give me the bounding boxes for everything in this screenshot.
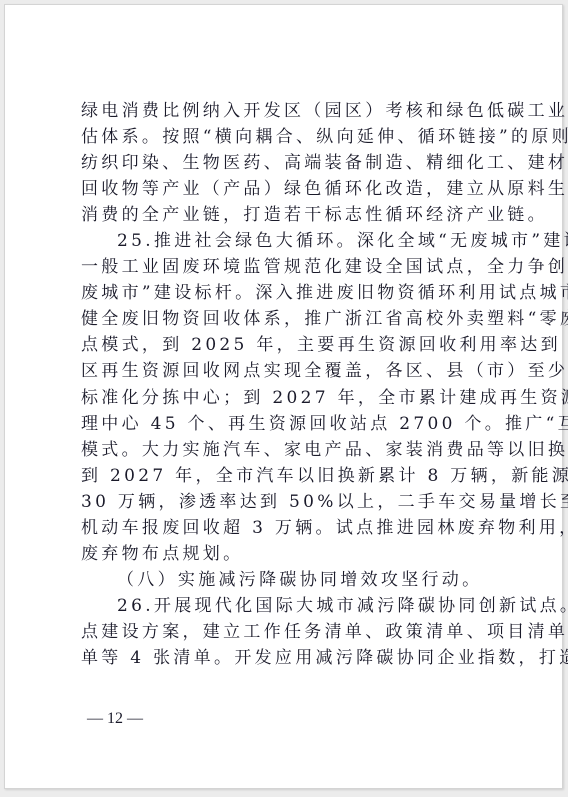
body-text: 绿电消费比例纳入开发区（园区）考核和绿色低碳工业园区的评 估体系。按照“横向耦合…: [81, 98, 499, 671]
section-heading: （八）实施减污降碳协同增效攻坚行动。: [81, 567, 499, 593]
text-line: 区再生资源回收网点实现全覆盖，各区、县（市）至少建成 1 座: [81, 358, 499, 384]
text-line: 估体系。按照“横向耦合、纵向延伸、循环链接”的原则，加快: [81, 124, 499, 150]
text-line: 点建设方案，建立工作任务清单、政策清单、项目清单、技术清: [81, 619, 499, 645]
text-line: 标准化分拣中心；到 2027 年，全市累计建成再生资源集中分拣处: [81, 385, 499, 411]
text-line: 一般工业固废环境监管规范化建设全国试点，全力争创全国“无: [81, 254, 499, 280]
text-line: 绿电消费比例纳入开发区（园区）考核和绿色低碳工业园区的评: [81, 98, 499, 124]
text-line: 模式。大力实施汽车、家电产品、家装消费品等以旧换新行动，: [81, 437, 499, 463]
text-line: 消费的全产业链，打造若干标志性循环经济产业链。: [81, 202, 499, 228]
text-line: 废城市”建设标杆。深入推进废旧物资循环利用试点城市建设，: [81, 280, 499, 306]
page-number: — 12 —: [87, 710, 143, 728]
document-page: 绿电消费比例纳入开发区（园区）考核和绿色低碳工业园区的评 估体系。按照“横向耦合…: [4, 4, 563, 789]
paragraph-26-start: 26.开展现代化国际大城市减污降碳协同创新试点。实施试: [81, 593, 499, 619]
text-line: 回收物等产业（产品）绿色循环化改造，建立从原料生产到终端: [81, 176, 499, 202]
text-line: 点模式，到 2025 年，主要再生资源回收利用率达到 60%以上，城: [81, 332, 499, 358]
text-line: 单等 4 张清单。开发应用减污降碳协同企业指数，打造协同管理: [81, 645, 499, 671]
text-line: 健全废旧物资回收体系，推广浙江省高校外卖塑料“零废弃”试: [81, 306, 499, 332]
text-line: 理中心 45 个、再生资源回收站点 2700 个。推广“互联网+二手”: [81, 411, 499, 437]
text-line: 到 2027 年，全市汽车以旧换新累计 8 万辆，新能源汽车年销售量: [81, 463, 499, 489]
text-line: 机动车报废回收超 3 万辆。试点推进园林废弃物利用，开展园林: [81, 515, 499, 541]
text-line: 30 万辆，渗透率达到 50%以上，二手车交易量增长至 40 万辆以上，: [81, 489, 499, 515]
text-line: 纺织印染、生物医药、高端装备制造、精细化工、建材及塑料可: [81, 150, 499, 176]
paragraph-25-start: 25.推进社会绿色大循环。深化全域“无废城市”建设，开展: [81, 228, 499, 254]
text-line: 废弃物布点规划。: [81, 541, 499, 567]
